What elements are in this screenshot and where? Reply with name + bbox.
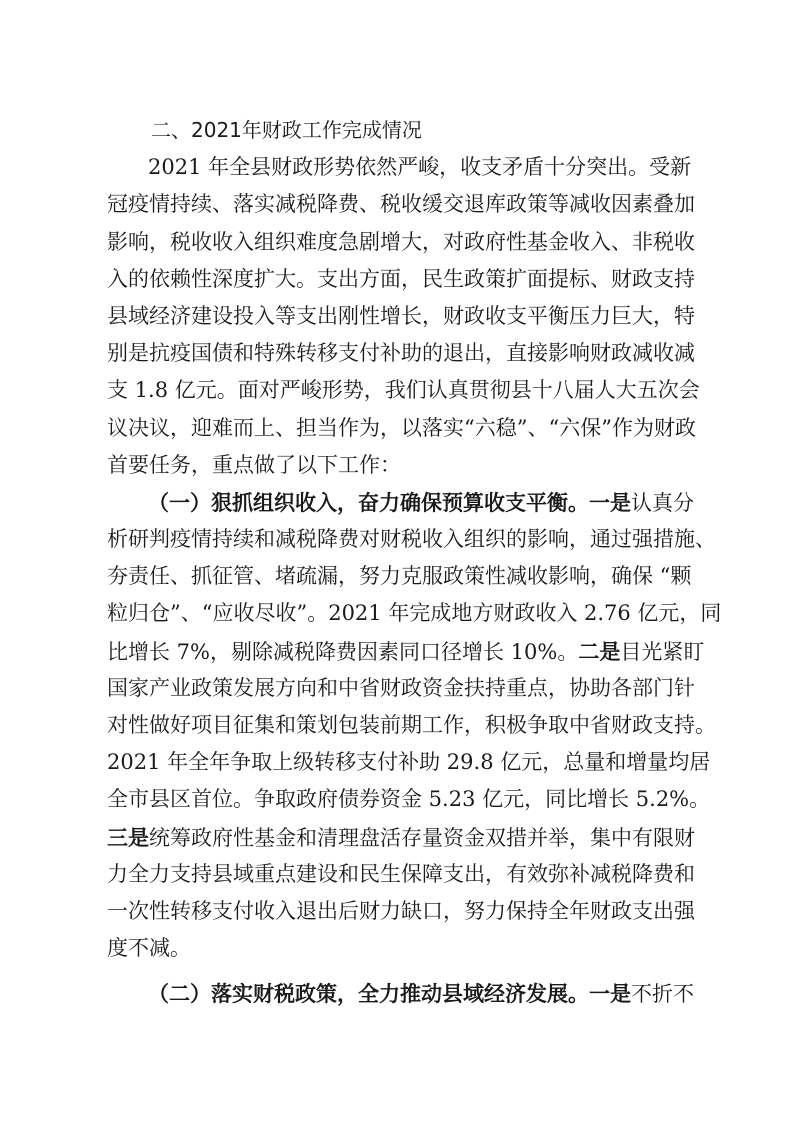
paragraph-line: 国家产业政策发展方向和中省财政资金扶持重点，协助各部门针 xyxy=(107,670,691,707)
paragraph-line: 全市县区首位。争取政府债券资金 5.23 亿元，同比增长 5.2%。 xyxy=(107,781,691,818)
point-label-2: 二是 xyxy=(578,639,620,664)
paragraph-line: 别是抗疫国债和特殊转移支付补助的退出，直接影响财政减收减 xyxy=(107,335,691,372)
spacer xyxy=(107,967,691,975)
section-heading: 二、2021年财政工作完成情况 xyxy=(107,112,691,149)
paragraph-line: 粒归仓”、“应收尽收”。2021 年完成地方财政收入 2.76 亿元，同 xyxy=(107,595,691,632)
subsection-1-first-line: （一）狠抓组织收入，奋力确保预算收支平衡。一是认真分 xyxy=(107,484,691,521)
paragraph-line: 冠疫情持续、落实减税降费、税收缓交退库政策等减收因素叠加 xyxy=(107,186,691,223)
paragraph-line: 议决议，迎难而上、担当作为，以落实“六稳”、“六保”作为财政 xyxy=(107,410,691,447)
paragraph-line: 一次性转移支付收入退出后财力缺口，努力保持全年财政支出强 xyxy=(107,893,691,930)
line-text: 目光紧盯 xyxy=(620,640,704,664)
point-label-1: 一是 xyxy=(589,490,631,515)
paragraph-line: 影响，税收收入组织难度急剧增大，对政府性基金收入、非税收 xyxy=(107,224,691,261)
intro-paragraph: 2021 年全县财政形势依然严峻，收支矛盾十分突出。受新 冠疫情持续、落实减税降… xyxy=(107,149,691,484)
subsection-2: （二）落实财税政策，全力推动县域经济发展。一是不折不 xyxy=(107,975,691,1012)
line-text: 认真分 xyxy=(631,491,694,515)
paragraph-line: 析研判疫情持续和减税降费对财税收入组织的影响，通过强措施、 xyxy=(107,521,691,558)
subsection-1: （一）狠抓组织收入，奋力确保预算收支平衡。一是认真分 析研判疫情持续和减税降费对… xyxy=(107,484,691,967)
subsection-1-title: （一）狠抓组织收入，奋力确保预算收支平衡。 xyxy=(148,490,589,515)
paragraph-line: 对性做好项目征集和策划包装前期工作，积极争取中省财政支持。 xyxy=(107,707,691,744)
line-text: 比增长 7%，剔除减税降费因素同口径增长 10%。 xyxy=(107,640,578,664)
subsection-2-first-line: （二）落实财税政策，全力推动县域经济发展。一是不折不 xyxy=(107,975,691,1012)
line-text: 统筹政府性基金和清理盘活存量资金双措并举，集中有限财 xyxy=(149,826,695,850)
paragraph-line: 2021 年全年争取上级转移支付补助 29.8 亿元，总量和增量均居 xyxy=(107,744,691,781)
paragraph-line: 2021 年全县财政形势依然严峻，收支矛盾十分突出。受新 xyxy=(107,149,691,186)
paragraph-line: 力全力支持县域重点建设和民生保障支出，有效弥补减税降费和 xyxy=(107,856,691,893)
subsection-2-title: （二）落实财税政策，全力推动县域经济发展。 xyxy=(148,981,589,1006)
paragraph-line: 三是统筹政府性基金和清理盘活存量资金双措并举，集中有限财 xyxy=(107,819,691,856)
paragraph-line: 县域经济建设投入等支出刚性增长，财政收支平衡压力巨大，特 xyxy=(107,298,691,335)
paragraph-line: 度不减。 xyxy=(107,930,691,967)
document-page: 二、2021年财政工作完成情况 2021 年全县财政形势依然严峻，收支矛盾十分突… xyxy=(107,112,691,1013)
point-label-3: 三是 xyxy=(107,825,149,850)
paragraph-line: 入的依赖性深度扩大。支出方面，民生政策扩面提标、财政支持 xyxy=(107,261,691,298)
paragraph-line: 首要任务，重点做了以下工作： xyxy=(107,447,691,484)
paragraph-line: 夯责任、抓征管、堵疏漏，努力克服政策性减收影响，确保 “颗 xyxy=(107,558,691,595)
line-text: 不折不 xyxy=(631,982,694,1006)
paragraph-line: 支 1.8 亿元。面对严峻形势，我们认真贯彻县十八届人大五次会 xyxy=(107,372,691,409)
point-label-1: 一是 xyxy=(589,981,631,1006)
paragraph-line: 比增长 7%，剔除减税降费因素同口径增长 10%。二是目光紧盯 xyxy=(107,633,691,670)
